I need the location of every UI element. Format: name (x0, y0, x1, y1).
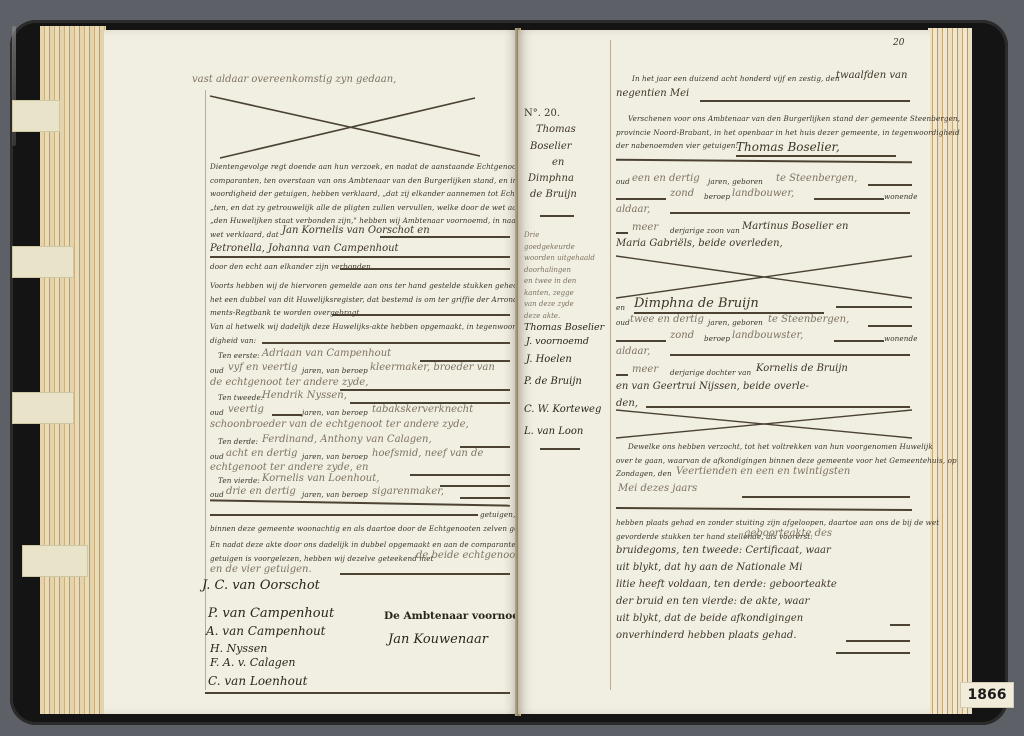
label-wonende: wonende (884, 332, 918, 346)
rule (540, 448, 580, 450)
margin-signature-4: P. de Bruijn (524, 376, 582, 387)
handwritten-top-note: vast aldaar overeenkomstig zyn gedaan, (192, 74, 396, 85)
text-line: ments-Regtbank te worden overgebragt. (210, 306, 541, 320)
rule (616, 374, 628, 376)
groom-residence: aldaar, (616, 204, 650, 215)
cross-out-mark (616, 408, 916, 440)
label-jaren: jaren, van beroep (302, 364, 368, 378)
documents-hand-2: bruidegoms, ten tweede: Certificaat, waa… (616, 545, 831, 556)
text-line: van deze zyde (524, 299, 608, 311)
label-wonende: wonende (884, 190, 918, 204)
residence-paragraph: binnen deze gemeente woonachtig en als d… (210, 522, 543, 536)
witness-1-name: Adriaan van Campenhout (262, 348, 391, 359)
text-line: Van al hetwelk wij dadelijk deze Huwelij… (210, 320, 518, 334)
bride-parents-line-2: en van Geertrui Nijssen, beide overle- (616, 381, 809, 392)
text-line: goedgekeurde (524, 242, 608, 254)
signature-witness-3: F. A. v. Calagen (210, 656, 295, 669)
intro-date-hand: twaalfden van (836, 70, 907, 81)
rule (616, 232, 628, 234)
witness-2-relation: schoonbroeder van de echtgenoot ter ande… (210, 419, 469, 430)
text-line: Dientengevolge regt doende aan hun verzo… (210, 160, 543, 174)
cross-out-mark (200, 92, 480, 162)
documents-hand-7: onverhinderd hebben plaats gehad. (616, 630, 796, 641)
rule (670, 212, 910, 214)
label-oud: oud (210, 406, 224, 420)
rule (380, 236, 510, 238)
label-jaren-geboren: jaren, geboren (708, 316, 763, 330)
text-line: digheid van: (210, 334, 518, 348)
text-line: over te gaan, waarvan de afkondigingen b… (616, 454, 957, 468)
label-jaren: jaren, van beroep (302, 406, 368, 420)
margin-name-5: de Bruijn (530, 189, 577, 200)
entry-number: N°. 20. (524, 108, 560, 119)
rule (736, 155, 896, 157)
text-line: comparanten, ten overstaan van ons Ambte… (210, 174, 543, 188)
label-meerderjarige: meer (632, 222, 658, 233)
bride-parents-line-1: Kornelis de Bruijn (756, 363, 848, 374)
rule (332, 314, 510, 316)
rule (836, 652, 910, 654)
rule (670, 354, 910, 356)
intro-text: In het jaar een duizend acht honderd vij… (632, 72, 840, 86)
official-signature: Jan Kouwenaar (388, 632, 488, 647)
rule (868, 184, 912, 186)
archive-year-stamp: 1866 (960, 682, 1014, 708)
label-meerderjarige: meer (632, 364, 658, 375)
witness-3-profession: hoefsmid, neef van de (372, 448, 483, 459)
rule (834, 340, 884, 342)
rule (340, 389, 510, 391)
text-line: „ten, en dat zy getrouwelijk alle de pli… (210, 201, 543, 215)
rule (340, 573, 510, 575)
rule (460, 497, 510, 499)
signature-groom: J. C. van Oorschot (202, 578, 320, 593)
bride-residence: aldaar, (616, 346, 650, 357)
text-line: Drie (524, 230, 608, 242)
page-tab[interactable] (12, 392, 74, 424)
witness-3-name: Ferdinand, Anthony van Calagen, (262, 434, 432, 445)
rule (868, 325, 912, 327)
text-line: woorden uitgehaald (524, 253, 608, 265)
rule (210, 514, 478, 516)
rule (814, 198, 884, 200)
margin-signature-6: L. van Loon (524, 426, 583, 437)
publication-year-hand: Mei dezes jaars (618, 483, 697, 494)
groom-name: Thomas Boselier, (736, 140, 840, 154)
margin-correction-note: Drie goedgekeurde woorden uitgehaald doo… (524, 230, 608, 322)
documents-hand-4: litie heeft voldaan, ten derde: geboorte… (616, 579, 837, 590)
rule (540, 215, 574, 217)
rule (272, 414, 302, 416)
witness-2-age: veertig (228, 404, 264, 415)
margin-name-3: en (552, 157, 564, 168)
intro-date-hand-2: negentien Mei (616, 88, 689, 99)
rule (340, 268, 510, 270)
margin-signature-3: J. Hoelen (526, 354, 572, 365)
rule (616, 340, 666, 342)
text-line: deze akte. (524, 311, 608, 323)
witness-4-profession: sigarenmaker, (372, 486, 444, 497)
rule (836, 306, 912, 308)
rule (205, 692, 510, 694)
signing-hand-2: en de vier getuigen. (210, 564, 312, 575)
witness-1-label: Ten eerste: (218, 349, 260, 363)
witness-1-profession: kleermaker, broeder van (370, 362, 495, 373)
witness-1-age: vyf en veertig (228, 362, 298, 373)
signature-witness-4: C. van Loenhout (208, 674, 307, 688)
label-zoon-van: derjarige zoon van (670, 224, 740, 238)
witness-4-name: Kornelis van Loenhout, (262, 473, 379, 484)
documents-hand-3: uit blykt, dat hy aan de Nationale Mi (616, 562, 802, 573)
groom-birthplace: te Steenbergen, (776, 173, 857, 184)
signature-bride: P. van Campenhout (208, 606, 334, 621)
witness-3-age: acht en dertig (226, 448, 297, 459)
text-line: Verschenen voor ons Ambtenaar van den Bu… (616, 112, 960, 126)
signature-witness-1: A. van Campenhout (206, 624, 326, 638)
right-margin-rule (610, 40, 611, 690)
label-beroep: beroep (704, 332, 730, 346)
label-en: en (616, 301, 625, 315)
margin-signature-1: Thomas Boselier (524, 322, 604, 333)
label-jaren-geboren: jaren, geboren (708, 175, 763, 189)
rule (700, 100, 910, 102)
label-zond: zond (670, 188, 694, 199)
margin-name-1: Thomas (536, 124, 576, 135)
witness-3-relation: echtgenoot ter andere zyde, en (210, 462, 368, 473)
signing-hand-1: de beide echtgenoot (416, 550, 519, 561)
text-line: en twee in den (524, 276, 608, 288)
left-margin-rule (205, 90, 206, 690)
documents-hand-1: geboorteakte des (744, 528, 832, 539)
rule (262, 342, 510, 344)
text-line: het een dubbel van dit Huwelijksregister… (210, 293, 541, 307)
margin-name-2: Boselier (530, 141, 572, 152)
label-oud: oud (616, 316, 630, 330)
rule (616, 198, 666, 200)
couple-name-line-1: Jan Kornelis van Oorschot en (282, 225, 430, 236)
rule (846, 640, 910, 642)
documents-hand-6: uit blykt, dat de beide afkondigingen (616, 613, 803, 624)
folio-number: 20 (893, 38, 904, 48)
bride-profession: landbouwster, (732, 330, 803, 341)
bride-name: Dimphna de Bruijn (634, 296, 759, 311)
text-line: provincie Noord-Brabant, in het openbaar… (616, 126, 960, 140)
margin-signature-5: C. W. Korteweg (524, 404, 601, 415)
signature-witness-2: H. Nyssen (210, 642, 267, 655)
witness-2-label: Ten tweede: (218, 391, 263, 405)
margin-name-4: Dimphna (528, 173, 574, 184)
rule (890, 624, 910, 626)
text-line: woordigheid der getuigen, hebben verklaa… (210, 187, 543, 201)
witness-1-relation: de echtgenoot ter andere zyde, (210, 377, 368, 388)
groom-profession: landbouwer, (732, 188, 794, 199)
text-line: doorhalingen (524, 265, 608, 277)
witness-3-label: Ten derde: (218, 435, 258, 449)
rule (742, 496, 910, 498)
text-line: kanten, zegge (524, 288, 608, 300)
label-getuigen: getuigen, (480, 508, 515, 522)
documents-hand-5: der bruid en ten vierde: de akte, waar (616, 596, 809, 607)
witness-2-profession: tabakskerverknecht (372, 404, 473, 415)
text-line: door den echt aan elkander zijn verbonde… (210, 260, 373, 274)
bride-birthplace: te Steenbergen, (768, 314, 849, 325)
label-jaren: jaren, van beroep (302, 488, 368, 502)
groom-age: een en dertig (632, 173, 700, 184)
label-zond: zond (670, 330, 694, 341)
bride-age: twee en dertig (630, 314, 704, 325)
groom-parents-line-2: Maria Gabriëls, beide overleden, (616, 238, 783, 249)
rule (410, 474, 510, 476)
page-tab[interactable] (12, 100, 60, 132)
text-line: Voorts hebben wij de hiervoren gemelde a… (210, 279, 541, 293)
label-oud: oud (616, 175, 630, 189)
label-oud: oud (210, 364, 224, 378)
rule (210, 256, 510, 258)
publication-dates-hand: Veertienden en een en twintigsten (676, 466, 850, 477)
witness-2-name: Hendrik Nyssen, (262, 390, 347, 401)
cross-out-mark (616, 252, 916, 302)
groom-parents-line-1: Martinus Boselier en (742, 221, 848, 232)
rule (440, 485, 510, 487)
witness-4-age: drie en dertig (226, 486, 296, 497)
page-tab[interactable] (22, 545, 88, 577)
label-dochter-van: derjarige dochter van (670, 366, 751, 380)
label-beroep: beroep (704, 190, 730, 204)
text-line: Dewelke ons hebben verzocht, tot het vol… (616, 440, 957, 454)
page-tab[interactable] (12, 246, 74, 278)
margin-signature-2: J. voornoemd (526, 336, 589, 347)
couple-name-line-2: Petronella, Johanna van Campenhout (210, 243, 399, 254)
